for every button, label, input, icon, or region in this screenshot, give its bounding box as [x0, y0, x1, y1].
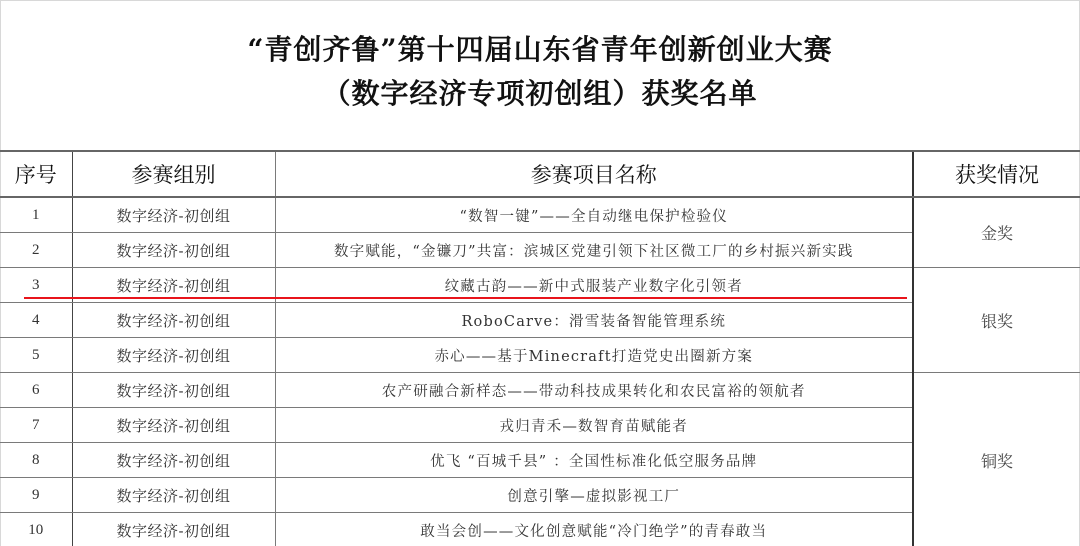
- header-project: 参赛项目名称: [275, 151, 913, 197]
- row-group: 数字经济-初创组: [72, 338, 275, 373]
- red-underline-annotation: [24, 297, 907, 299]
- row-group: 数字经济-初创组: [72, 233, 275, 268]
- row-project: 优飞 “百城千县” ：全国性标准化低空服务品牌: [275, 443, 913, 478]
- award-table: 序号 参赛组别 参赛项目名称 获奖情况 1 数字经济-初创组 “数智一键”——全…: [0, 150, 1080, 546]
- row-seq: 4: [0, 303, 72, 338]
- row-seq: 5: [0, 338, 72, 373]
- row-project: 数字赋能，“金镰刀”共富：滨城区党建引领下社区微工厂的乡村振兴新实践: [275, 233, 913, 268]
- row-group: 数字经济-初创组: [72, 373, 275, 408]
- row-project: RoboCarve：滑雪装备智能管理系统: [275, 303, 913, 338]
- row-seq: 2: [0, 233, 72, 268]
- row-group: 数字经济-初创组: [72, 478, 275, 513]
- row-project: 赤心——基于Minecraft打造党史出圈新方案: [275, 338, 913, 373]
- row-group: 数字经济-初创组: [72, 513, 275, 546]
- table-row: 1 数字经济-初创组 “数智一键”——全自动继电保护检验仪 金奖: [0, 197, 1080, 233]
- header-group: 参赛组别: [72, 151, 275, 197]
- row-project: 戎归青禾—数智育苗赋能者: [275, 408, 913, 443]
- document-title: “青创齐鲁”第十四届山东省青年创新创业大赛 （数字经济专项初创组）获奖名单: [0, 28, 1080, 116]
- row-project: 农产研融合新样态——带动科技成果转化和农民富裕的领航者: [275, 373, 913, 408]
- row-group: 数字经济-初创组: [72, 443, 275, 478]
- title-line-1: “青创齐鲁”第十四届山东省青年创新创业大赛: [0, 28, 1080, 72]
- header-seq: 序号: [0, 151, 72, 197]
- row-seq: 7: [0, 408, 72, 443]
- row-seq: 10: [0, 513, 72, 546]
- row-seq: 6: [0, 373, 72, 408]
- row-seq: 1: [0, 197, 72, 233]
- table-header-row: 序号 参赛组别 参赛项目名称 获奖情况: [0, 151, 1080, 197]
- row-project: 创意引擎—虚拟影视工厂: [275, 478, 913, 513]
- award-silver: 银奖: [913, 268, 1080, 373]
- row-group: 数字经济-初创组: [72, 408, 275, 443]
- table-row: 6 数字经济-初创组 农产研融合新样态——带动科技成果转化和农民富裕的领航者 铜…: [0, 373, 1080, 408]
- row-group: 数字经济-初创组: [72, 197, 275, 233]
- award-gold: 金奖: [913, 197, 1080, 268]
- row-project: “数智一键”——全自动继电保护检验仪: [275, 197, 913, 233]
- header-award: 获奖情况: [913, 151, 1080, 197]
- row-group: 数字经济-初创组: [72, 303, 275, 338]
- row-project: 敢当会创——文化创意赋能“冷门绝学”的青春敢当: [275, 513, 913, 546]
- row-seq: 8: [0, 443, 72, 478]
- award-bronze: 铜奖: [913, 373, 1080, 546]
- title-line-2: （数字经济专项初创组）获奖名单: [0, 72, 1080, 116]
- row-seq: 9: [0, 478, 72, 513]
